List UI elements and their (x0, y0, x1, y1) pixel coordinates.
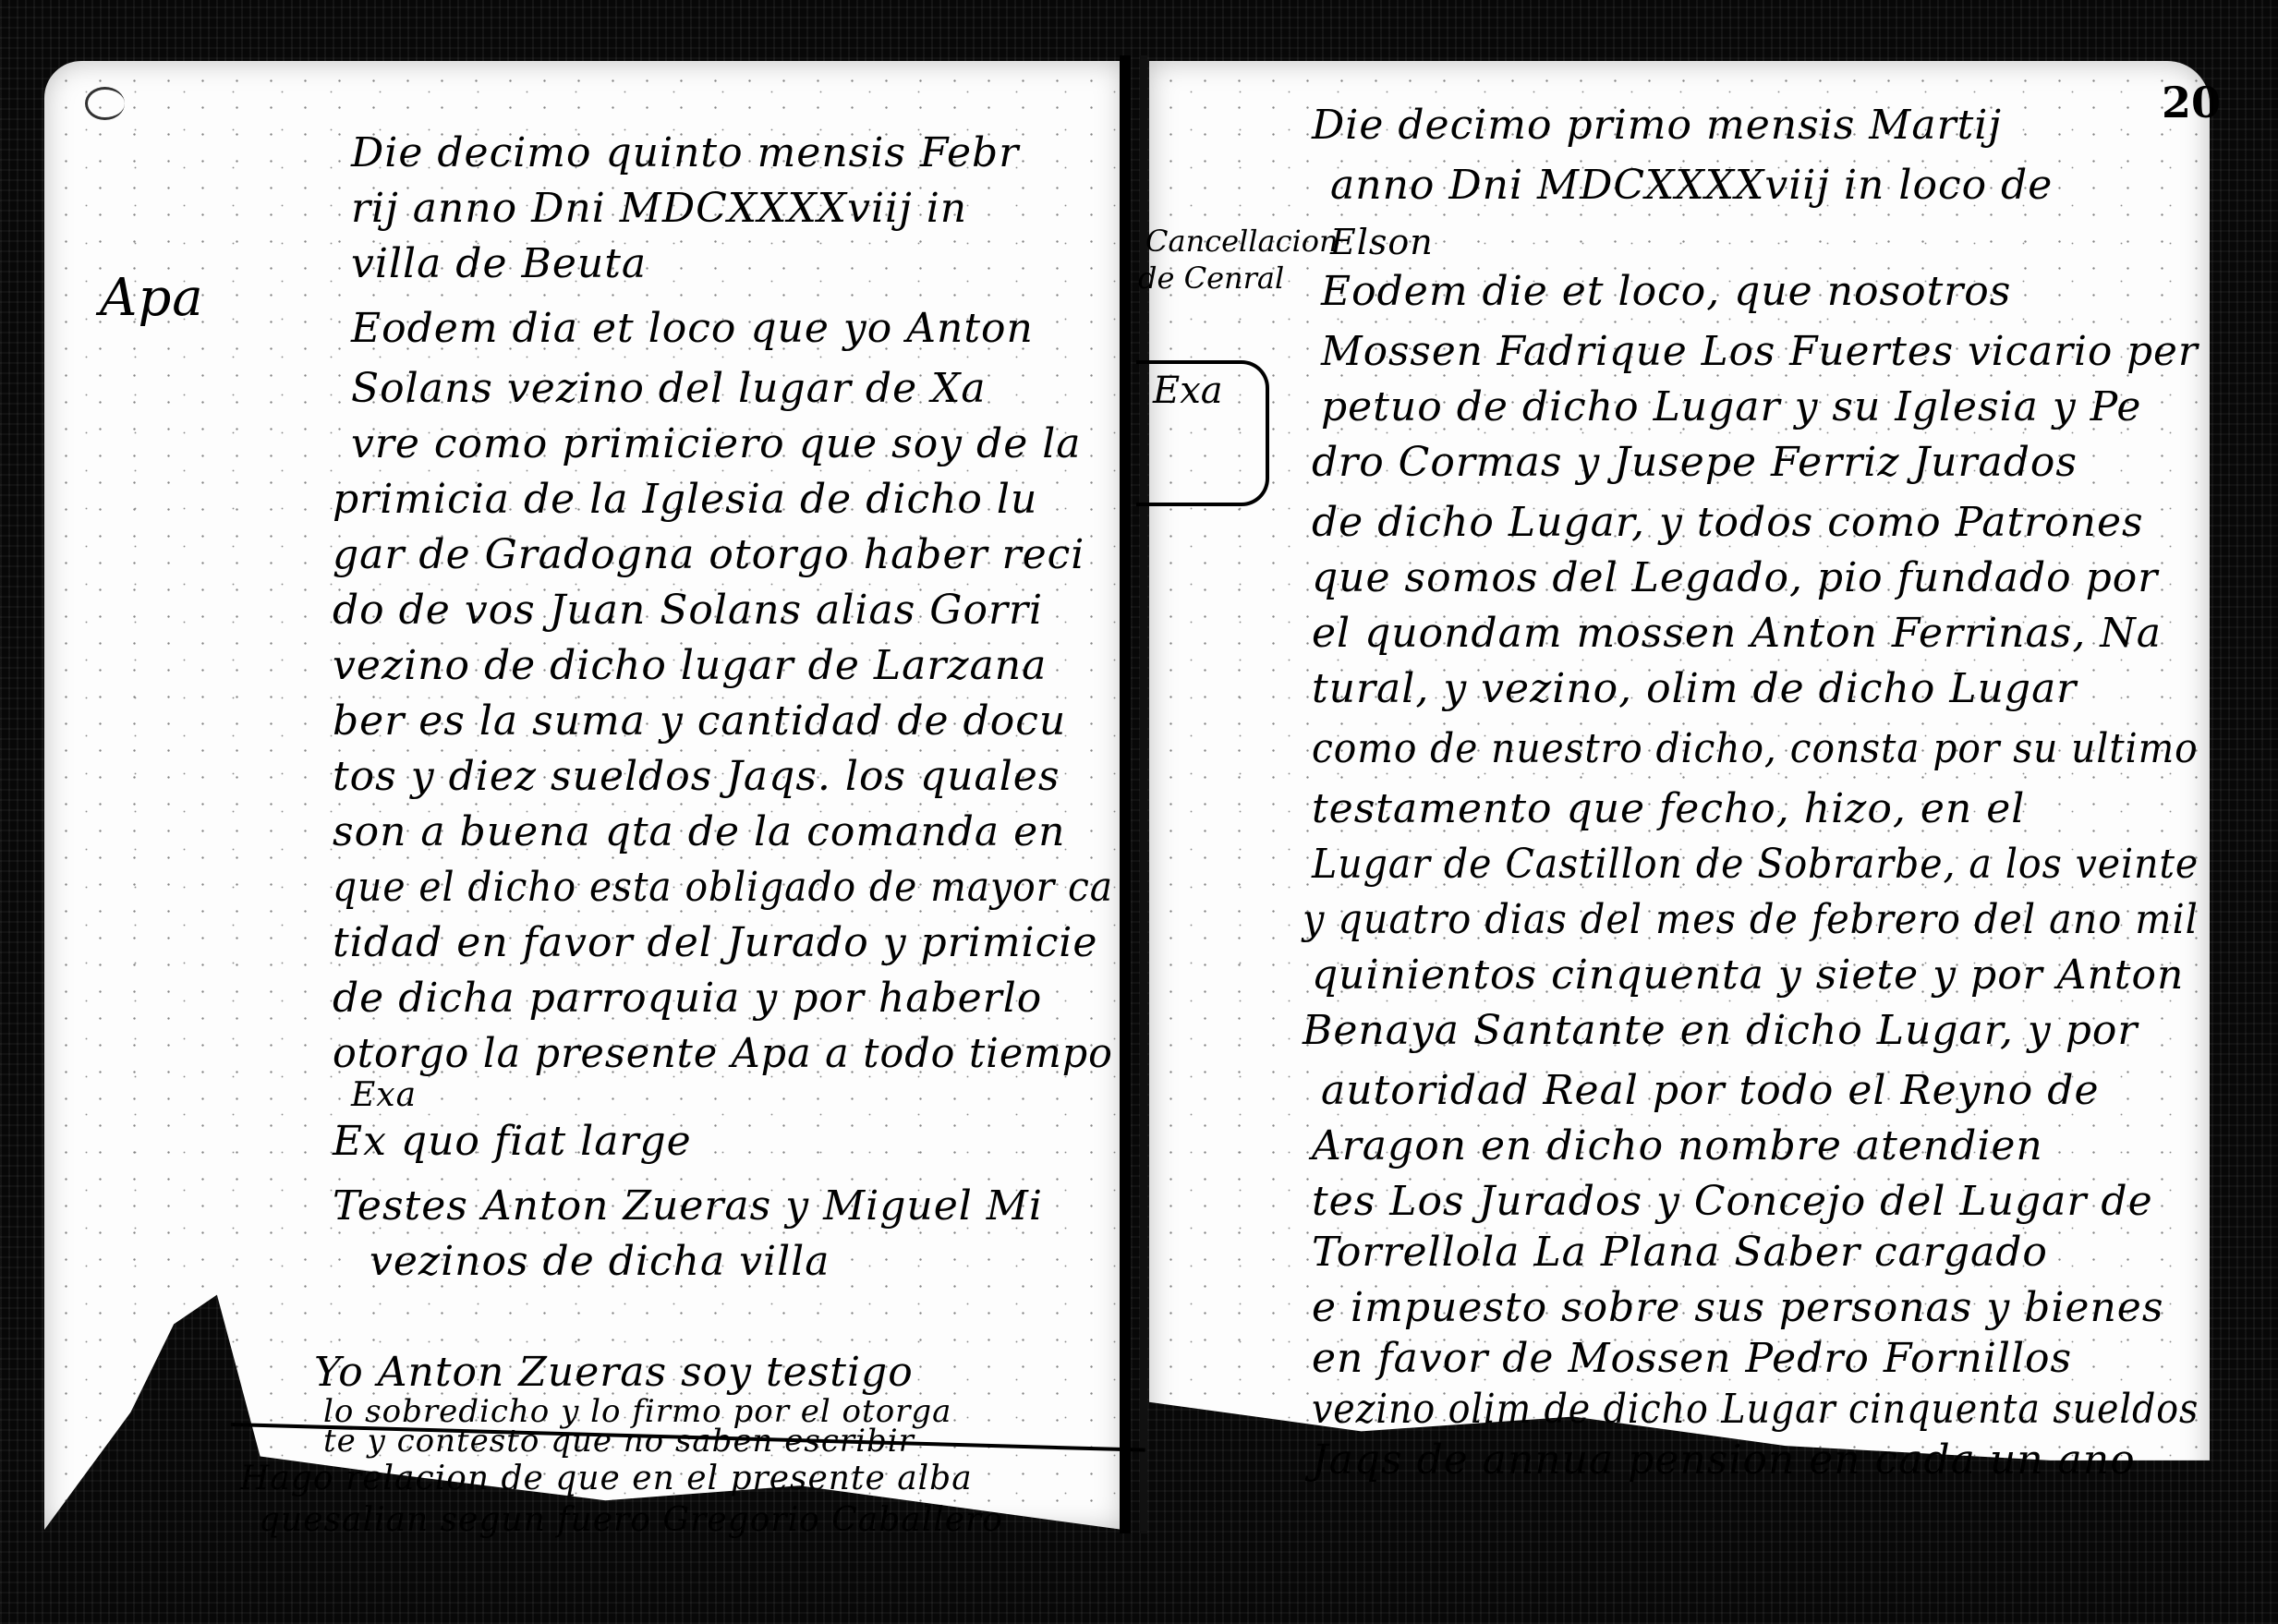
left-line: Exa (351, 1076, 417, 1114)
left-line: vezino de dicho lugar de Larzana (333, 642, 1047, 689)
folio-number: 20 (2162, 78, 2221, 127)
left-line: primicia de la Iglesia de dicho lu (333, 476, 1037, 523)
left-line: vre como primiciero que soy de la (351, 420, 1082, 467)
right-line: Eodem die et loco, que nosotros (1321, 268, 2011, 315)
right-line: Lugar de Castillon de Sobrarbe, a los ve… (1312, 841, 2199, 888)
boxed-mark: Exa (1153, 370, 1223, 412)
right-line: como de nuestro dicho, consta por su ult… (1312, 725, 2199, 772)
right-line: en favor de Mossen Pedro Fornillos (1312, 1335, 2072, 1382)
right-line: autoridad Real por todo el Reyno de (1321, 1067, 2100, 1114)
right-line: Die decimo primo mensis Martij (1312, 102, 2002, 149)
right-line: que somos del Legado, pio fundado por (1312, 554, 2158, 601)
right-line: testamento que fecho, hizo, en el (1312, 785, 2025, 832)
right-line: e impuesto sobre sus personas y bienes (1312, 1284, 2163, 1331)
right-line: de dicho Lugar, y todos como Patrones (1312, 499, 2144, 546)
right-line: tural, y vezino, olim de dicho Lugar (1312, 665, 2077, 712)
left-line: Solans vezino del lugar de Xa (351, 365, 987, 412)
left-line: villa de Beuta (351, 240, 647, 287)
right-line: anno Dni MDCXXXXviij in loco de (1330, 162, 2053, 209)
left-line: son a buena qta de la comanda en (333, 808, 1065, 855)
corner-stamp-mark (85, 87, 125, 120)
right-line: quinientos cinquenta y siete y por Anton (1312, 951, 2184, 999)
right-line: Mossen Fadrique Los Fuertes vicario per (1321, 328, 2199, 375)
left-line: tidad en favor del Jurado y primicie (333, 919, 1097, 966)
left-line: que el dicho esta obligado de mayor ca (333, 864, 1113, 911)
right-line: dro Cormas y Jusepe Ferriz Jurados (1312, 439, 2078, 486)
left-line: Testes Anton Zueras y Miguel Mi (333, 1182, 1043, 1230)
right-line: el quondam mossen Anton Ferrinas, Na (1312, 610, 2162, 657)
right-line: Benaya Santante en dicho Lugar, y por (1303, 1007, 2138, 1054)
right-line: Torrellola La Plana Saber cargado (1312, 1229, 2048, 1276)
right-line: tes Los Jurados y Concejo del Lugar de (1312, 1178, 2153, 1225)
left-line: vezinos de dicha villa (370, 1238, 830, 1285)
right-line: Jaqs de annua pension en cada un ano (1312, 1436, 2136, 1484)
center-margin-note-1: Cancellacion (1145, 224, 1339, 259)
left-line: de dicha parroquia y por haberlo (333, 975, 1042, 1022)
left-line: Hago relacion de que en el presente alba (240, 1460, 973, 1497)
left-line: Die decimo quinto mensis Febr (351, 129, 1019, 176)
left-line: otorgo la presente Apa a todo tiempo (333, 1030, 1113, 1077)
right-line: vezino olim de dicho Lugar cinquenta sue… (1312, 1386, 2199, 1433)
left-line: rij anno Dni MDCXXXXviij in (351, 185, 967, 232)
left-line: quesalian segun fuero Gregorio Caballero (259, 1501, 1003, 1539)
left-line: Ex quo fiat large (333, 1118, 692, 1165)
right-line: Elson (1330, 222, 1434, 262)
gutter-line (1120, 55, 1131, 1533)
left-line: do de vos Juan Solans alias Gorri (333, 587, 1043, 634)
left-line: Eodem dia et loco que yo Anton (351, 305, 1034, 352)
left-margin-note: Apa (100, 268, 204, 328)
left-line: gar de Gradogna otorgo haber reci (333, 531, 1084, 578)
right-line: Aragon en dicho nombre atendien (1312, 1122, 2043, 1170)
left-line: Yo Anton Zueras soy testigo (314, 1349, 914, 1396)
center-margin-note-2: de Cenral (1138, 261, 1284, 296)
right-line: y quatro dias del mes de febrero del ano… (1303, 896, 2199, 943)
left-line: tos y diez sueldos Jaqs. los quales (333, 753, 1060, 800)
left-line: ber es la suma y cantidad de docu (333, 697, 1066, 745)
right-line: petuo de dicho Lugar y su Iglesia y Pe (1321, 383, 2141, 430)
